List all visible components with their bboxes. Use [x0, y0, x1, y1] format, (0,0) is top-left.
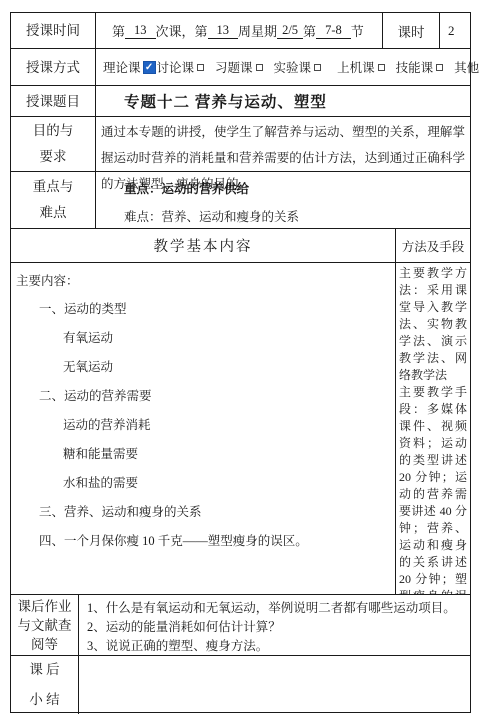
homework-row: 课后作业 与文献查 阅等 1、什么是有氧运动和无氧运动，举例说明二者都有哪些运动… [11, 595, 470, 656]
summary-label-line: 小 结 [29, 685, 59, 715]
time-seg: 节 [351, 21, 364, 40]
teaching-methods-text: 主要教学方法：采用课堂导入教学法、实物教学法、演示教学法、网络教学法 [399, 265, 467, 384]
week-number-blank: 13 [208, 23, 239, 39]
content-header: 教学基本内容 [11, 229, 395, 262]
method-label: 授课方式 [11, 49, 96, 85]
content-header-row: 教学基本内容 方法及手段 [11, 229, 470, 263]
class-hours-value: 2 [439, 13, 470, 48]
keypoints-cell: 重点：运动的营养供给 难点：营养、运动和瘦身的关系 [96, 172, 470, 228]
purpose-label-line: 要求 [40, 144, 67, 170]
weekday-blank: 2/5 [277, 23, 303, 39]
homework-label-line: 阅等 [31, 635, 58, 654]
methods-cell: 主要教学方法：采用课堂导入教学法、实物教学法、演示教学法、网络教学法 主要教学手… [395, 263, 470, 594]
time-seg: 次课， [156, 21, 195, 40]
content-intro: 主要内容： [16, 267, 391, 295]
method-option: 实验课 [274, 58, 322, 76]
teaching-method-options: 理论课✓讨论课习题课实验课上机课技能课其他 [96, 49, 470, 85]
method-option: 理论课✓ [103, 58, 156, 76]
teaching-means-text: 主要教学手段：多媒体课件、视频资料；运动的类型讲述 20 分钟；运动的营养需要讲… [399, 384, 467, 594]
purpose-label-line: 目的与 [33, 118, 74, 144]
method-option-label: 技能课 [396, 58, 434, 76]
homework-label: 课后作业 与文献查 阅等 [11, 595, 79, 655]
checkbox-unchecked-icon[interactable] [314, 64, 321, 71]
content-outline-line: 四、一个月保你瘦 10 千克——塑型瘦身的误区。 [16, 527, 391, 556]
homework-list: 1、什么是有氧运动和无氧运动，举例说明二者都有哪些运动项目。2、运动的能量消耗如… [79, 595, 470, 655]
time-seg: 第 [195, 21, 208, 40]
checkbox-unchecked-icon[interactable] [256, 64, 263, 71]
content-outline: 一、运动的类型有氧运动无氧运动二、运动的营养需要运动的营养消耗糖和能量需要水和盐… [16, 295, 391, 556]
summary-row: 课 后 小 结 [11, 656, 470, 714]
homework-item: 2、运动的能量消耗如何估计计算？ [87, 618, 466, 637]
time-value: 第 13 次课， 第 13 周星期 2/5 第 7-8 节 [96, 13, 382, 48]
difficulty-text: 难点：营养、运动和瘦身的关系 [124, 203, 470, 231]
content-cell: 主要内容： 一、运动的类型有氧运动无氧运动二、运动的营养需要运动的营养消耗糖和能… [11, 263, 395, 594]
purpose-text: 通过本专题的讲授，使学生了解营养与运动、塑型的关系，理解掌握运动时营养的消耗量和… [96, 117, 470, 171]
key-point-text: 重点：运动的营养供给 [124, 175, 470, 203]
keypoints-label-line: 难点 [40, 200, 67, 226]
methods-header: 方法及手段 [395, 229, 470, 262]
method-option-label: 理论课 [103, 58, 141, 76]
keypoints-label: 重点与 难点 [11, 172, 96, 228]
method-option: 其他 [454, 58, 481, 76]
checkbox-checked-icon[interactable]: ✓ [143, 61, 156, 74]
homework-label-line: 与文献查 [18, 616, 72, 635]
topic-cell: 专题十二 营养与运动、塑型 [96, 86, 470, 116]
topic-label: 授课题目 [11, 86, 96, 116]
content-outline-line: 运动的营养消耗 [16, 411, 391, 440]
content-outline-line: 有氧运动 [16, 324, 391, 353]
time-label: 授课时间 [11, 13, 96, 48]
time-seg: 第 [303, 21, 316, 40]
content-outline-line: 糖和能量需要 [16, 440, 391, 469]
method-option-label: 习题课 [215, 58, 253, 76]
checkbox-unchecked-icon[interactable] [436, 64, 443, 71]
method-row: 授课方式 理论课✓讨论课习题课实验课上机课技能课其他 [11, 49, 470, 86]
summary-label: 课 后 小 结 [11, 656, 79, 714]
time-row: 授课时间 第 13 次课， 第 13 周星期 2/5 第 7-8 节 课时 2 [11, 13, 470, 49]
lesson-plan-table: 授课时间 第 13 次课， 第 13 周星期 2/5 第 7-8 节 课时 2 … [10, 12, 471, 713]
content-outline-line: 一、运动的类型 [16, 295, 391, 324]
summary-label-line: 课 后 [29, 655, 59, 685]
checkbox-unchecked-icon[interactable] [378, 64, 385, 71]
content-outline-line: 水和盐的需要 [16, 469, 391, 498]
method-option: 技能课 [396, 58, 444, 76]
homework-label-line: 课后作业 [18, 597, 72, 616]
topic-row: 授课题目 专题十二 营养与运动、塑型 [11, 86, 470, 117]
method-option: 习题课 [215, 58, 263, 76]
method-option-label: 实验课 [274, 58, 312, 76]
purpose-label: 目的与 要求 [11, 117, 96, 171]
class-hours-label: 课时 [382, 13, 439, 48]
lesson-plan-page: 授课时间 第 13 次课， 第 13 周星期 2/5 第 7-8 节 课时 2 … [0, 0, 481, 725]
checkbox-unchecked-icon[interactable] [197, 64, 204, 71]
lesson-title: 专题十二 营养与运动、塑型 [124, 90, 327, 112]
keypoints-label-line: 重点与 [33, 174, 74, 200]
method-option-label: 讨论课 [157, 58, 195, 76]
time-seg: 周星期 [238, 21, 277, 40]
lesson-number-blank: 13 [125, 23, 156, 39]
method-option: 上机课 [337, 58, 385, 76]
method-option-label: 其他 [454, 58, 479, 76]
time-seg: 第 [112, 21, 125, 40]
summary-content[interactable] [79, 656, 470, 714]
content-outline-line: 无氧运动 [16, 353, 391, 382]
method-option: 讨论课 [157, 58, 205, 76]
homework-item: 3、说说正确的塑型、瘦身方法。 [87, 637, 466, 656]
method-option-label: 上机课 [337, 58, 375, 76]
content-outline-line: 二、运动的营养需要 [16, 382, 391, 411]
purpose-row: 目的与 要求 通过本专题的讲授，使学生了解营养与运动、塑型的关系，理解掌握运动时… [11, 117, 470, 172]
homework-item: 1、什么是有氧运动和无氧运动，举例说明二者都有哪些运动项目。 [87, 599, 466, 618]
content-outline-line: 三、营养、运动和瘦身的关系 [16, 498, 391, 527]
keypoints-row: 重点与 难点 重点：运动的营养供给 难点：营养、运动和瘦身的关系 [11, 172, 470, 229]
period-blank: 7-8 [316, 23, 351, 39]
content-row: 主要内容： 一、运动的类型有氧运动无氧运动二、运动的营养需要运动的营养消耗糖和能… [11, 263, 470, 595]
